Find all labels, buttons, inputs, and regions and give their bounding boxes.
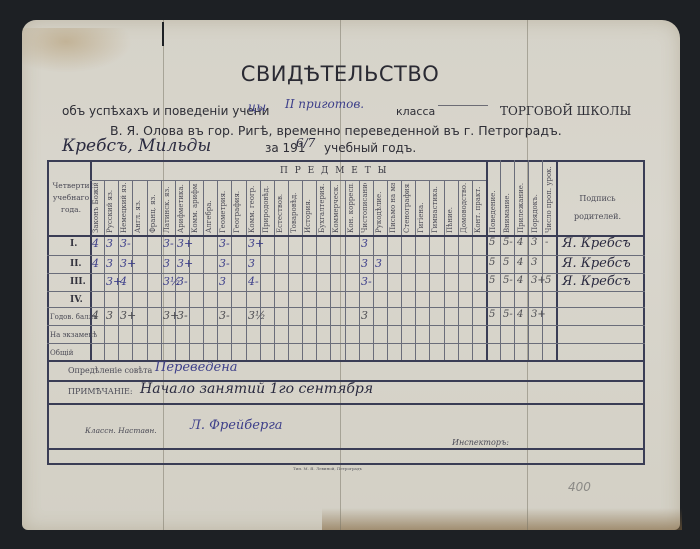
conduct-cell: 5 (545, 275, 551, 286)
grid-vline (302, 180, 303, 360)
subject-header: Англ. яз. (134, 183, 145, 233)
grade-cell: 3+ (248, 237, 264, 250)
grade-cell: 3 (219, 275, 226, 288)
conduct-header: Число проп. урок. (545, 165, 555, 233)
subject-header: Пѣние. (446, 183, 457, 233)
subject-header: Алгебра. (205, 183, 216, 233)
grid-vline (444, 180, 445, 360)
grid-vline (528, 160, 529, 360)
grid-hline (47, 325, 645, 326)
subject-header: Законъ Божiй (92, 183, 103, 233)
grid-vline (132, 180, 133, 360)
parent-signature: Я. Кребсъ (562, 274, 631, 289)
footer-rule (47, 403, 645, 405)
subject-header: Естествов. (276, 183, 287, 233)
conduct-header: Внимание. (503, 165, 513, 233)
conduct-cell: 3+ (531, 309, 546, 320)
grid-hline (47, 255, 645, 256)
grade-cell: 4 (92, 237, 99, 250)
grid-vline (217, 180, 218, 360)
grid-vline (387, 180, 388, 360)
school-type: ТОРГОВОЙ ШКОЛЫ (500, 104, 631, 118)
row-label: Общiй (50, 349, 73, 357)
subject-header: Чистописание и рисование. (361, 183, 372, 233)
council-decision: Переведена (155, 360, 238, 375)
signature-header: Подпись родителей. (560, 190, 635, 226)
conduct-header: Поведение. (489, 165, 499, 233)
row-label: IV. (70, 295, 83, 305)
inspector-label: Инспекторъ: (452, 438, 509, 447)
class-label: класса (396, 105, 435, 118)
grade-cell: 3 (163, 257, 170, 270)
subject-header: Домоводство. (460, 183, 471, 233)
grade-cell: 3½ (248, 309, 266, 322)
conduct-cell: 4 (517, 275, 523, 286)
grid-hline (47, 307, 645, 308)
subject-header: Гимнастика. (431, 183, 442, 233)
grade-cell: 4 (120, 275, 127, 288)
subject-header: Письмо на машинѣ. (389, 183, 400, 233)
conduct-cell: 5- (503, 275, 513, 286)
subjects-heading: П Р Е Д М Е Т Ы (280, 166, 388, 176)
grade-cell: 3 (106, 257, 113, 270)
conduct-cell: 3+ (531, 275, 546, 286)
grid-vline (401, 180, 402, 360)
grade-cell: 4 (92, 309, 99, 322)
grid-vline (316, 180, 317, 360)
water-stain-bottom (322, 508, 682, 530)
progress-line-prefix: объ успѣхахъ и поведенiи учени (62, 104, 269, 118)
subject-header: Арифметика. (177, 183, 188, 233)
grid-vline (231, 180, 232, 360)
row-label: Годов. баллъ (50, 313, 98, 321)
parent-signature: Я. Кребсъ (562, 256, 631, 271)
subject-header: Комм. арифм. (191, 183, 202, 233)
grid-hline (47, 235, 645, 237)
subject-header: Конт. практ. (474, 183, 485, 233)
class-handwritten: II приготов. (285, 97, 364, 111)
row-label: II. (70, 259, 82, 269)
grid-vline (359, 180, 360, 360)
grid-vline (203, 180, 204, 360)
grade-cell: 3- (219, 257, 230, 270)
grid-hline (47, 343, 645, 344)
subject-header: Бухгалтерия. (318, 183, 329, 233)
grid-vline (429, 180, 430, 360)
conduct-cell: 5- (503, 237, 513, 248)
grade-cell: 3+ (120, 257, 136, 270)
paper-tear (162, 22, 164, 46)
note-label: ПРИМѢЧАНIЕ: (68, 387, 133, 396)
conduct-cell: 3 (531, 237, 537, 248)
grade-cell: 3- (163, 237, 174, 250)
year-suffix: учебный годъ. (324, 141, 416, 155)
teacher-signature: Л. Фрейберга (190, 418, 283, 433)
row-label: I. (70, 239, 77, 249)
grade-cell: 3 (248, 257, 255, 270)
note-text: Начало занятий 1го сентября (140, 381, 373, 397)
conduct-cell: - (545, 237, 548, 248)
grade-cell: 3- (177, 309, 188, 322)
subject-header: Стенография. (403, 183, 414, 233)
subject-header: Товаровѣд. (290, 183, 301, 233)
grid-vline (556, 160, 558, 360)
conduct-header: Прилежание. (517, 165, 527, 233)
grid-vline (288, 180, 289, 360)
subject-header: Франц. яз. (149, 183, 160, 233)
conduct-cell: 4 (517, 237, 523, 248)
subject-header: Природовѣд. (262, 183, 273, 233)
conduct-cell: 5 (489, 237, 495, 248)
subject-header: Русский яз. (106, 183, 117, 233)
grid-vline (260, 180, 261, 360)
conduct-cell: 4 (517, 309, 523, 320)
grade-cell: 3 (361, 257, 368, 270)
subject-header: Рукодѣлие. (375, 183, 386, 233)
subject-header: Немецкий яз. (120, 183, 131, 233)
teacher-label: Классн. Наставн. (85, 426, 157, 435)
grid-vline (175, 180, 176, 360)
grade-cell: 3+ (177, 237, 193, 250)
grid-hline (47, 273, 645, 274)
grade-cell: 3 (375, 257, 382, 270)
pencil-number: 400 (568, 480, 591, 494)
class-blank-line (438, 105, 488, 106)
student-name: Кребсъ, Мильды (62, 136, 211, 156)
grade-cell: 3+ (177, 257, 193, 270)
conduct-cell: 4 (517, 257, 523, 268)
parent-signature: Я. Кребсъ (562, 236, 631, 251)
printer-line: Тип. М. Я. Левиной, Петроградъ (293, 466, 362, 471)
grid-vline (415, 180, 416, 360)
conduct-header: Порядокъ. (531, 165, 541, 233)
council-label: Опредѣленiе совѣта (68, 366, 152, 375)
row-label: На экзаменѣ (50, 331, 97, 339)
grid-vline (345, 180, 346, 360)
subject-header: Геометрия. (219, 183, 230, 233)
grid-vline (486, 160, 488, 360)
grade-cell: 3- (219, 237, 230, 250)
grade-cell: 3- (120, 237, 131, 250)
grade-cell: 3- (361, 275, 372, 288)
grade-cell: 4 (92, 257, 99, 270)
grid-vline (104, 180, 105, 360)
conduct-cell: 5- (503, 309, 513, 320)
grid-vline (246, 180, 247, 360)
grade-cell: 3- (177, 275, 188, 288)
grade-cell: 3 (361, 237, 368, 250)
grade-cell: 3 (106, 237, 113, 250)
grid-vline (542, 160, 543, 360)
year-handwritten: 6/7 (296, 136, 315, 150)
conduct-cell: 5 (489, 275, 495, 286)
subject-header: Латинск. яз. (163, 183, 174, 233)
grid-vline (500, 160, 501, 360)
grid-hline (90, 180, 486, 181)
student-gender-suffix: цы (248, 100, 266, 114)
footer-rule (47, 448, 645, 450)
grid-vline (514, 160, 515, 360)
quarter-header: Четверти учебнаго года. (52, 180, 90, 216)
grid-vline (118, 180, 119, 360)
subject-header: Коммерческ. (332, 183, 343, 233)
grid-vline (373, 180, 374, 360)
subject-header: Комм. геогр. (248, 183, 259, 233)
subject-header: История. (304, 183, 315, 233)
conduct-cell: 5 (489, 257, 495, 268)
subject-header: Гигiена. (417, 183, 428, 233)
grid-vline (147, 180, 148, 360)
document-title: СВИДѢТЕЛЬСТВО (210, 62, 470, 86)
row-label: III. (70, 277, 86, 287)
grid-vline (274, 180, 275, 360)
grade-cell: 3- (219, 309, 230, 322)
subject-header: Кон. корресп. (347, 183, 358, 233)
grid-vline (458, 180, 459, 360)
grid-vline (330, 180, 331, 360)
grid-hline (47, 360, 645, 362)
subject-header: География. (233, 183, 244, 233)
grade-cell: 3 (361, 309, 368, 322)
grid-vline (189, 180, 190, 360)
conduct-cell: 3 (531, 257, 537, 268)
grade-cell: 4- (248, 275, 259, 288)
conduct-cell: 5 (503, 257, 509, 268)
grid-hline (47, 291, 645, 292)
grade-cell: 3+ (120, 309, 136, 322)
conduct-cell: 5 (489, 309, 495, 320)
grid-vline (472, 180, 473, 360)
water-stain (22, 28, 132, 73)
grade-cell: 3 (106, 309, 113, 322)
grid-vline (161, 180, 162, 360)
